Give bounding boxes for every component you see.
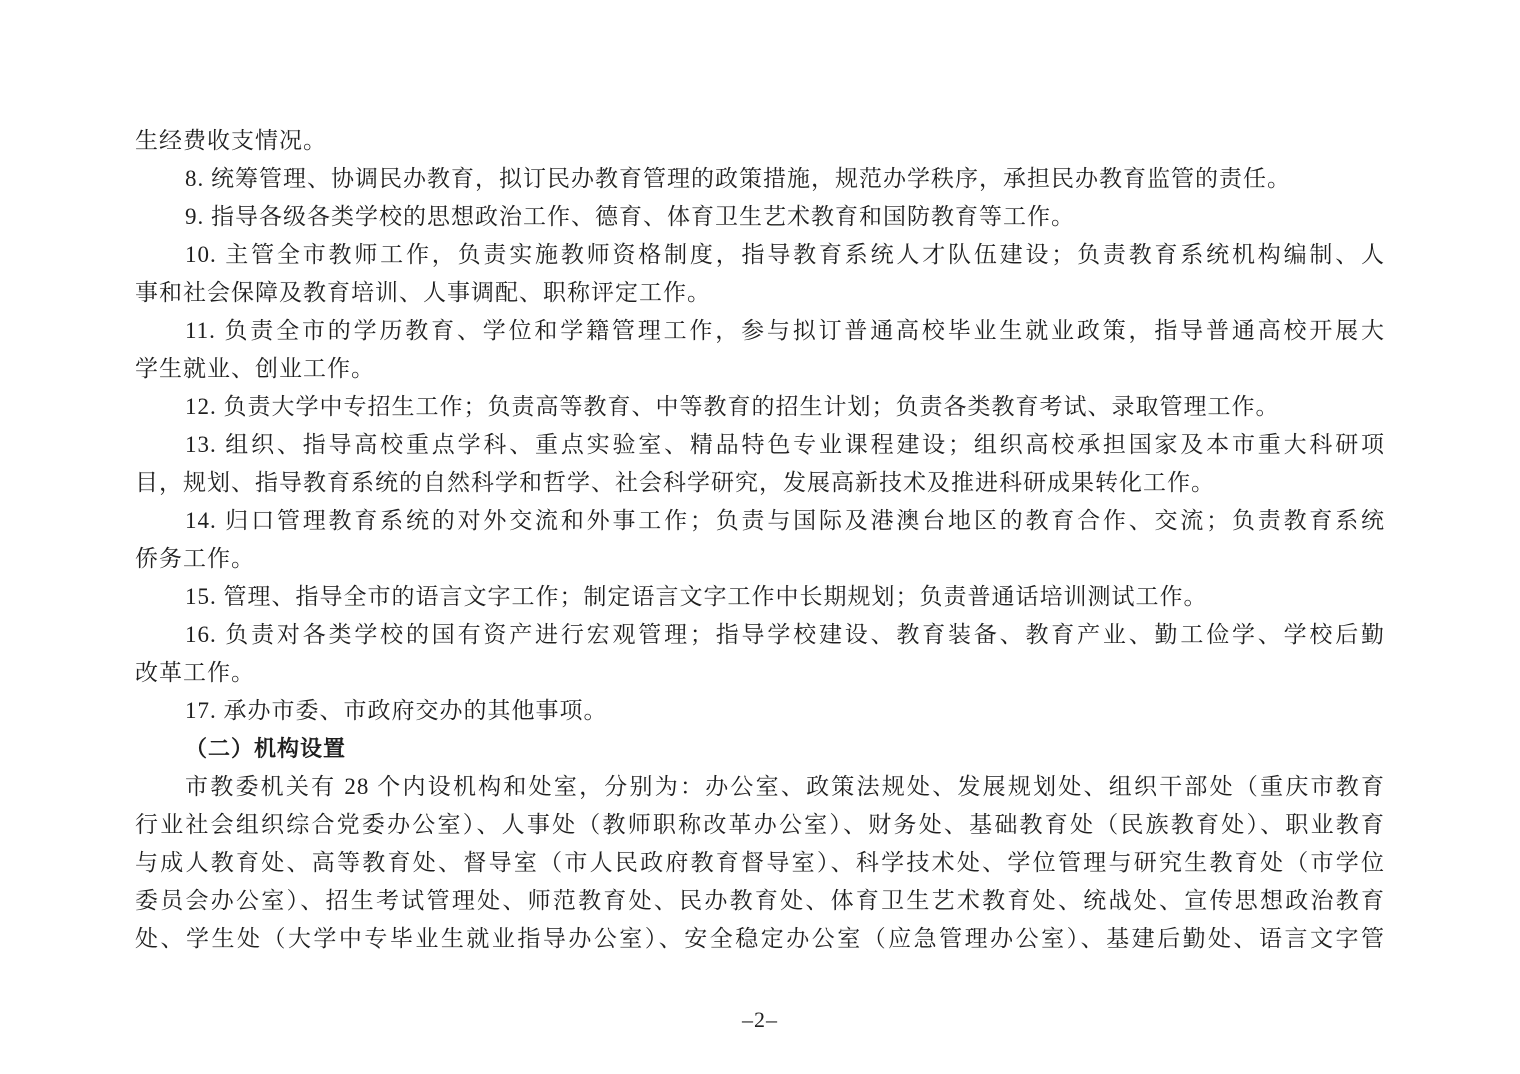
text-line: 9. 指导各级各类学校的思想政治工作、德育、体育卫生艺术教育和国防教育等工作。 — [135, 198, 1385, 236]
text-line: 8. 统筹管理、协调民办教育，拟订民办教育管理的政策措施，规范办学秩序，承担民办… — [135, 160, 1385, 198]
page-number: –2– — [0, 1003, 1520, 1037]
text-line: 10. 主管全市教师工作，负责实施教师资格制度，指导教育系统人才队伍建设；负责教… — [135, 236, 1385, 274]
text-line: 11. 负责全市的学历教育、学位和学籍管理工作，参与拟订普通高校毕业生就业政策，… — [135, 312, 1385, 350]
text-line: 事和社会保障及教育培训、人事调配、职称评定工作。 — [135, 274, 1385, 312]
text-line: 12. 负责大学中专招生工作；负责高等教育、中等教育的招生计划；负责各类教育考试… — [135, 388, 1385, 426]
section-heading: （二）机构设置 — [135, 730, 1385, 768]
text-line: 14. 归口管理教育系统的对外交流和外事工作；负责与国际及港澳台地区的教育合作、… — [135, 502, 1385, 540]
text-line: 16. 负责对各类学校的国有资产进行宏观管理；指导学校建设、教育装备、教育产业、… — [135, 616, 1385, 654]
text-line: 改革工作。 — [135, 654, 1385, 692]
text-line: 学生就业、创业工作。 — [135, 350, 1385, 388]
text-line: 行业社会组织综合党委办公室）、人事处（教师职称改革办公室）、财务处、基础教育处（… — [135, 806, 1385, 844]
document-lines: 生经费收支情况。8. 统筹管理、协调民办教育，拟订民办教育管理的政策措施，规范办… — [135, 122, 1385, 958]
text-line: 目，规划、指导教育系统的自然科学和哲学、社会科学研究，发展高新技术及推进科研成果… — [135, 464, 1385, 502]
text-line: 侨务工作。 — [135, 540, 1385, 578]
text-line: 处、学生处（大学中专毕业生就业指导办公室）、安全稳定办公室（应急管理办公室）、基… — [135, 920, 1385, 958]
text-line: 委员会办公室）、招生考试管理处、师范教育处、民办教育处、体育卫生艺术教育处、统战… — [135, 882, 1385, 920]
document-page: 生经费收支情况。8. 统筹管理、协调民办教育，拟订民办教育管理的政策措施，规范办… — [0, 0, 1520, 1074]
text-line: 生经费收支情况。 — [135, 122, 1385, 160]
text-line: 15. 管理、指导全市的语言文字工作；制定语言文字工作中长期规划；负责普通话培训… — [135, 578, 1385, 616]
text-line: 与成人教育处、高等教育处、督导室（市人民政府教育督导室）、科学技术处、学位管理与… — [135, 844, 1385, 882]
text-line: 市教委机关有 28 个内设机构和处室，分别为：办公室、政策法规处、发展规划处、组… — [135, 768, 1385, 806]
text-line: 13. 组织、指导高校重点学科、重点实验室、精品特色专业课程建设；组织高校承担国… — [135, 426, 1385, 464]
document-body: 生经费收支情况。8. 统筹管理、协调民办教育，拟订民办教育管理的政策措施，规范办… — [135, 122, 1385, 958]
text-line: 17. 承办市委、市政府交办的其他事项。 — [135, 692, 1385, 730]
